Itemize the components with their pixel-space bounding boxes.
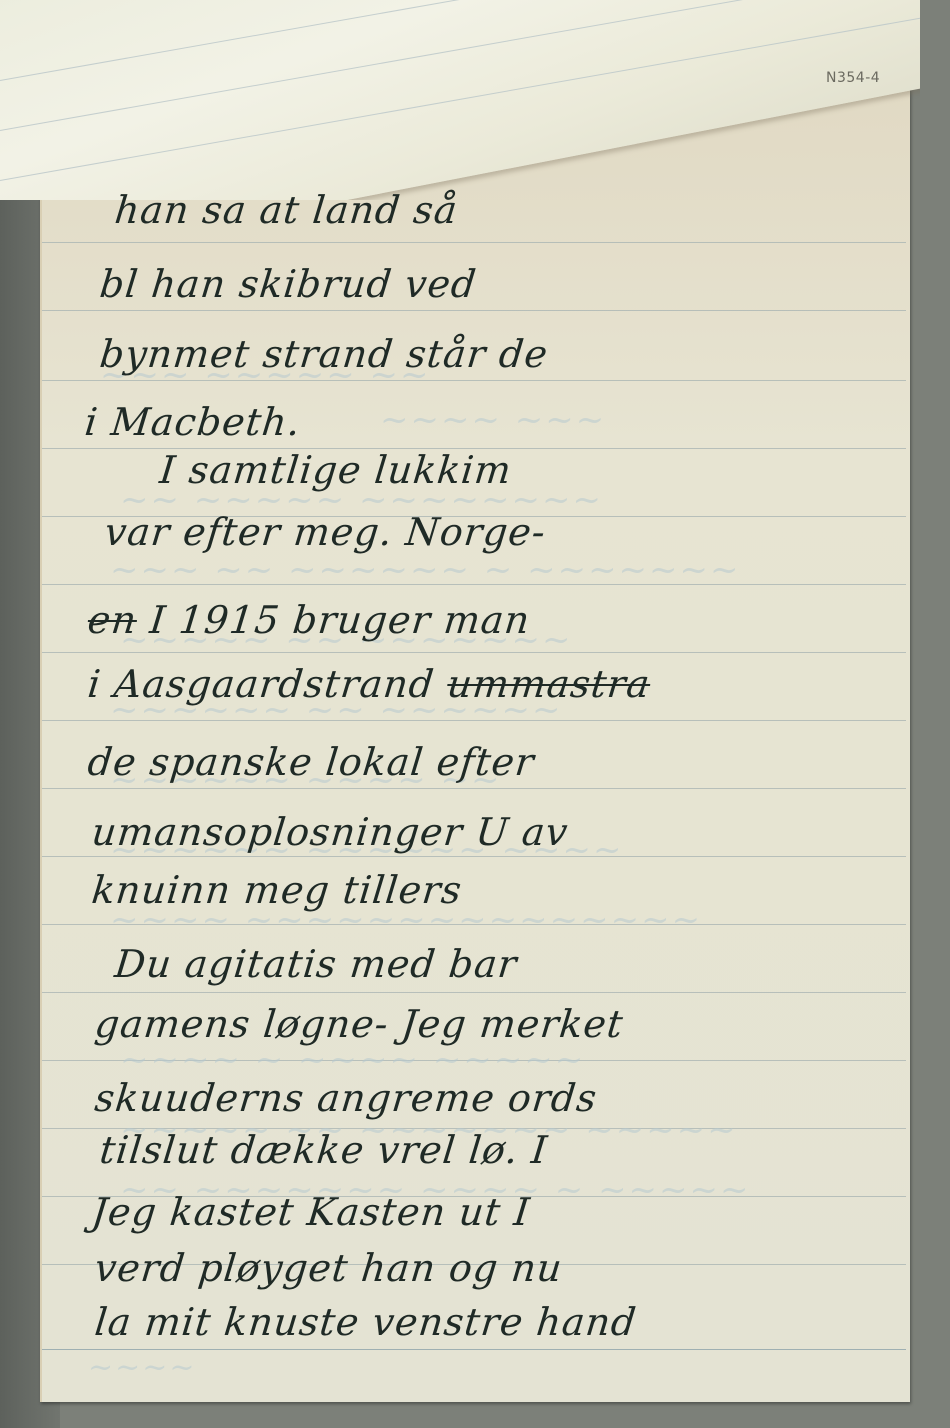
handwritten-line: skuuderns angreme ords (93, 1076, 600, 1120)
handwritten-line: la mit knuste venstre hand (93, 1300, 639, 1344)
archive-id: N354-4 (826, 70, 880, 86)
handwritten-line: var efter meg. Norge- (103, 510, 548, 554)
handwritten-line: I samtlige lukkim (158, 448, 514, 492)
handwritten-line: tilslut dække vrel lø. I (98, 1128, 550, 1172)
rule-line (42, 310, 906, 311)
handwritten-line: de spanske lokal efter (86, 740, 537, 784)
handwritten-line: gamens løgne- Jeg merket (93, 1002, 626, 1046)
handwritten-line: bynmet strand står de (98, 332, 551, 376)
struck-text: ummastra (445, 662, 652, 706)
handwritten-line: bl han skibrud ved (98, 262, 479, 306)
handwritten-line: i Aasgaardstrand ummastra (86, 662, 653, 706)
rule-line (42, 242, 906, 243)
handwritten-line: knuinn meg tillers (90, 868, 465, 912)
struck-text: en (86, 598, 140, 642)
handwritten-line: han sa at land så (113, 188, 460, 232)
bleed-through-text: ~~~ ~~ ~~~~~~ ~ ~~~~~~~ (110, 550, 741, 590)
bleed-through-text: ~~~~ ~~~ (380, 400, 606, 440)
handwritten-line: i Macbeth. (83, 400, 303, 444)
handwritten-line: umansoplosninger U av (90, 810, 571, 854)
curled-page-flap (0, 0, 920, 200)
handwritten-line: Jeg kastet Kasten ut I (90, 1190, 533, 1234)
rule-line (42, 992, 906, 993)
handwritten-line: verd pløyget han og nu (93, 1246, 565, 1290)
bleed-through-text: ~~~~ ~ ~~~~ ~~~~~ (120, 1040, 585, 1080)
handwritten-line: en I 1915 bruger man (86, 598, 533, 642)
bleed-through-text: ~~~~ (88, 1350, 197, 1385)
handwritten-line: Du agitatis med bar (113, 942, 520, 986)
